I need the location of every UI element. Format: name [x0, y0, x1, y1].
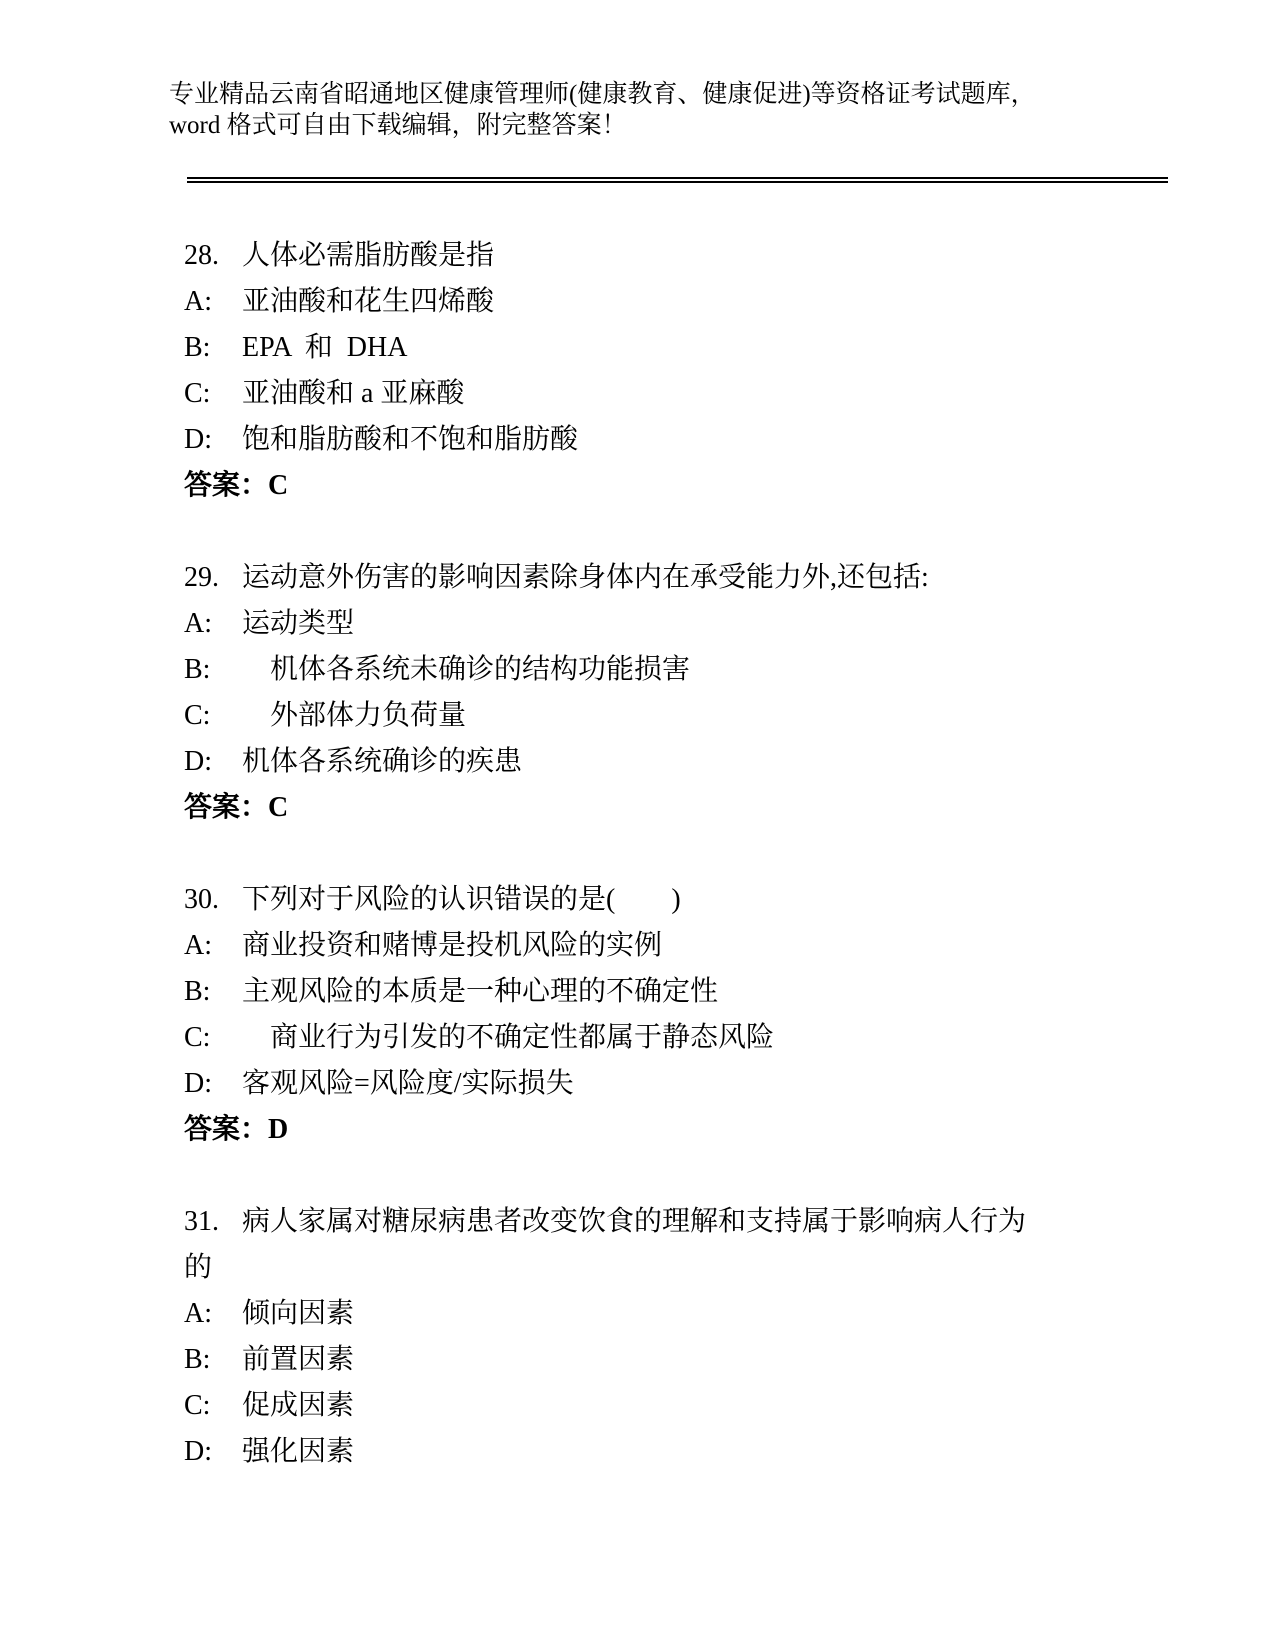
option-label: B: — [184, 325, 242, 371]
option-text: 亚油酸和 a 亚麻酸 — [242, 378, 464, 409]
option-text: 外部体力负荷量 — [242, 700, 466, 731]
option-row-b: B:前置因素 — [184, 1337, 1168, 1383]
option-text: 前置因素 — [242, 1344, 354, 1375]
option-text: 机体各系统确诊的疾患 — [242, 746, 522, 777]
option-text: 商业投资和赌博是投机风险的实例 — [242, 930, 662, 961]
option-label: C: — [184, 371, 242, 417]
question-text: 运动意外伤害的影响因素除身体内在承受能力外,还包括: — [242, 562, 929, 593]
question-title: 29.运动意外伤害的影响因素除身体内在承受能力外,还包括: — [184, 555, 1168, 601]
option-text: 亚油酸和花生四烯酸 — [242, 286, 494, 317]
question-title: 31.病人家属对糖尿病患者改变饮食的理解和支持属于影响病人行为 的 — [184, 1199, 1168, 1291]
option-row-c: C: 商业行为引发的不确定性都属于静态风险 — [184, 1015, 1168, 1061]
option-row-b: B: 机体各系统未确诊的结构功能损害 — [184, 647, 1168, 693]
option-row-d: D:饱和脂肪酸和不饱和脂肪酸 — [184, 417, 1168, 463]
document-header: 专业精品云南省昭通地区健康管理师(健康教育、健康促进)等资格证考试题库， wor… — [169, 79, 1168, 141]
option-row-d: D:客观风险=风险度/实际损失 — [184, 1061, 1168, 1107]
question-number: 28. — [184, 233, 242, 279]
option-text: 饱和脂肪酸和不饱和脂肪酸 — [242, 424, 578, 455]
option-text: EPA 和 DHA — [242, 332, 407, 363]
document-page: 专业精品云南省昭通地区健康管理师(健康教育、健康促进)等资格证考试题库， wor… — [0, 0, 1275, 1650]
option-text: 运动类型 — [242, 608, 354, 639]
option-label: A: — [184, 1291, 242, 1337]
option-row-d: D:强化因素 — [184, 1429, 1168, 1475]
option-label: C: — [184, 1015, 242, 1061]
option-text: 倾向因素 — [242, 1298, 354, 1329]
option-row-a: A:亚油酸和花生四烯酸 — [184, 279, 1168, 325]
option-label: A: — [184, 923, 242, 969]
option-label: D: — [184, 1061, 242, 1107]
option-label: A: — [184, 601, 242, 647]
option-row-c: C:促成因素 — [184, 1383, 1168, 1429]
option-label: C: — [184, 693, 242, 739]
question-number: 29. — [184, 555, 242, 601]
answer-line: 答案：C — [184, 463, 1168, 509]
option-row-d: D:机体各系统确诊的疾患 — [184, 739, 1168, 785]
option-row-a: A:运动类型 — [184, 601, 1168, 647]
option-row-c: C:亚油酸和 a 亚麻酸 — [184, 371, 1168, 417]
header-line-2: word 格式可自由下载编辑，附完整答案！ — [169, 110, 1168, 141]
option-label: C: — [184, 1383, 242, 1429]
option-label: A: — [184, 279, 242, 325]
option-row-b: B:EPA 和 DHA — [184, 325, 1168, 371]
option-label: B: — [184, 969, 242, 1015]
question-text: 病人家属对糖尿病患者改变饮食的理解和支持属于影响病人行为 的 — [184, 1206, 1026, 1283]
option-row-b: B:主观风险的本质是一种心理的不确定性 — [184, 969, 1168, 1015]
question-text: 下列对于风险的认识错误的是( ) — [242, 884, 681, 915]
question-number: 31. — [184, 1199, 242, 1245]
question-title: 30.下列对于风险的认识错误的是( ) — [184, 877, 1168, 923]
answer-line: 答案：C — [184, 785, 1168, 831]
option-row-a: A:商业投资和赌博是投机风险的实例 — [184, 923, 1168, 969]
option-row-a: A:倾向因素 — [184, 1291, 1168, 1337]
option-text: 促成因素 — [242, 1390, 354, 1421]
question-block-30: 30.下列对于风险的认识错误的是( ) A:商业投资和赌博是投机风险的实例 B:… — [184, 877, 1168, 1153]
option-text: 主观风险的本质是一种心理的不确定性 — [242, 976, 718, 1007]
questions-area: 28.人体必需脂肪酸是指 A:亚油酸和花生四烯酸 B:EPA 和 DHA C:亚… — [184, 233, 1168, 1475]
question-block-31: 31.病人家属对糖尿病患者改变饮食的理解和支持属于影响病人行为 的 A:倾向因素… — [184, 1199, 1168, 1475]
header-line-1: 专业精品云南省昭通地区健康管理师(健康教育、健康促进)等资格证考试题库， — [169, 79, 1168, 110]
option-label: D: — [184, 417, 242, 463]
option-text: 机体各系统未确诊的结构功能损害 — [242, 654, 690, 685]
option-label: B: — [184, 647, 242, 693]
option-text: 商业行为引发的不确定性都属于静态风险 — [242, 1022, 774, 1053]
question-text: 人体必需脂肪酸是指 — [242, 240, 494, 271]
question-block-28: 28.人体必需脂肪酸是指 A:亚油酸和花生四烯酸 B:EPA 和 DHA C:亚… — [184, 233, 1168, 509]
question-number: 30. — [184, 877, 242, 923]
option-row-c: C: 外部体力负荷量 — [184, 693, 1168, 739]
option-label: D: — [184, 1429, 242, 1475]
question-block-29: 29.运动意外伤害的影响因素除身体内在承受能力外,还包括: A:运动类型 B: … — [184, 555, 1168, 831]
answer-line: 答案：D — [184, 1107, 1168, 1153]
option-text: 强化因素 — [242, 1436, 354, 1467]
option-label: B: — [184, 1337, 242, 1383]
header-separator-line — [187, 177, 1168, 183]
option-label: D: — [184, 739, 242, 785]
option-text: 客观风险=风险度/实际损失 — [242, 1068, 574, 1099]
question-title: 28.人体必需脂肪酸是指 — [184, 233, 1168, 279]
